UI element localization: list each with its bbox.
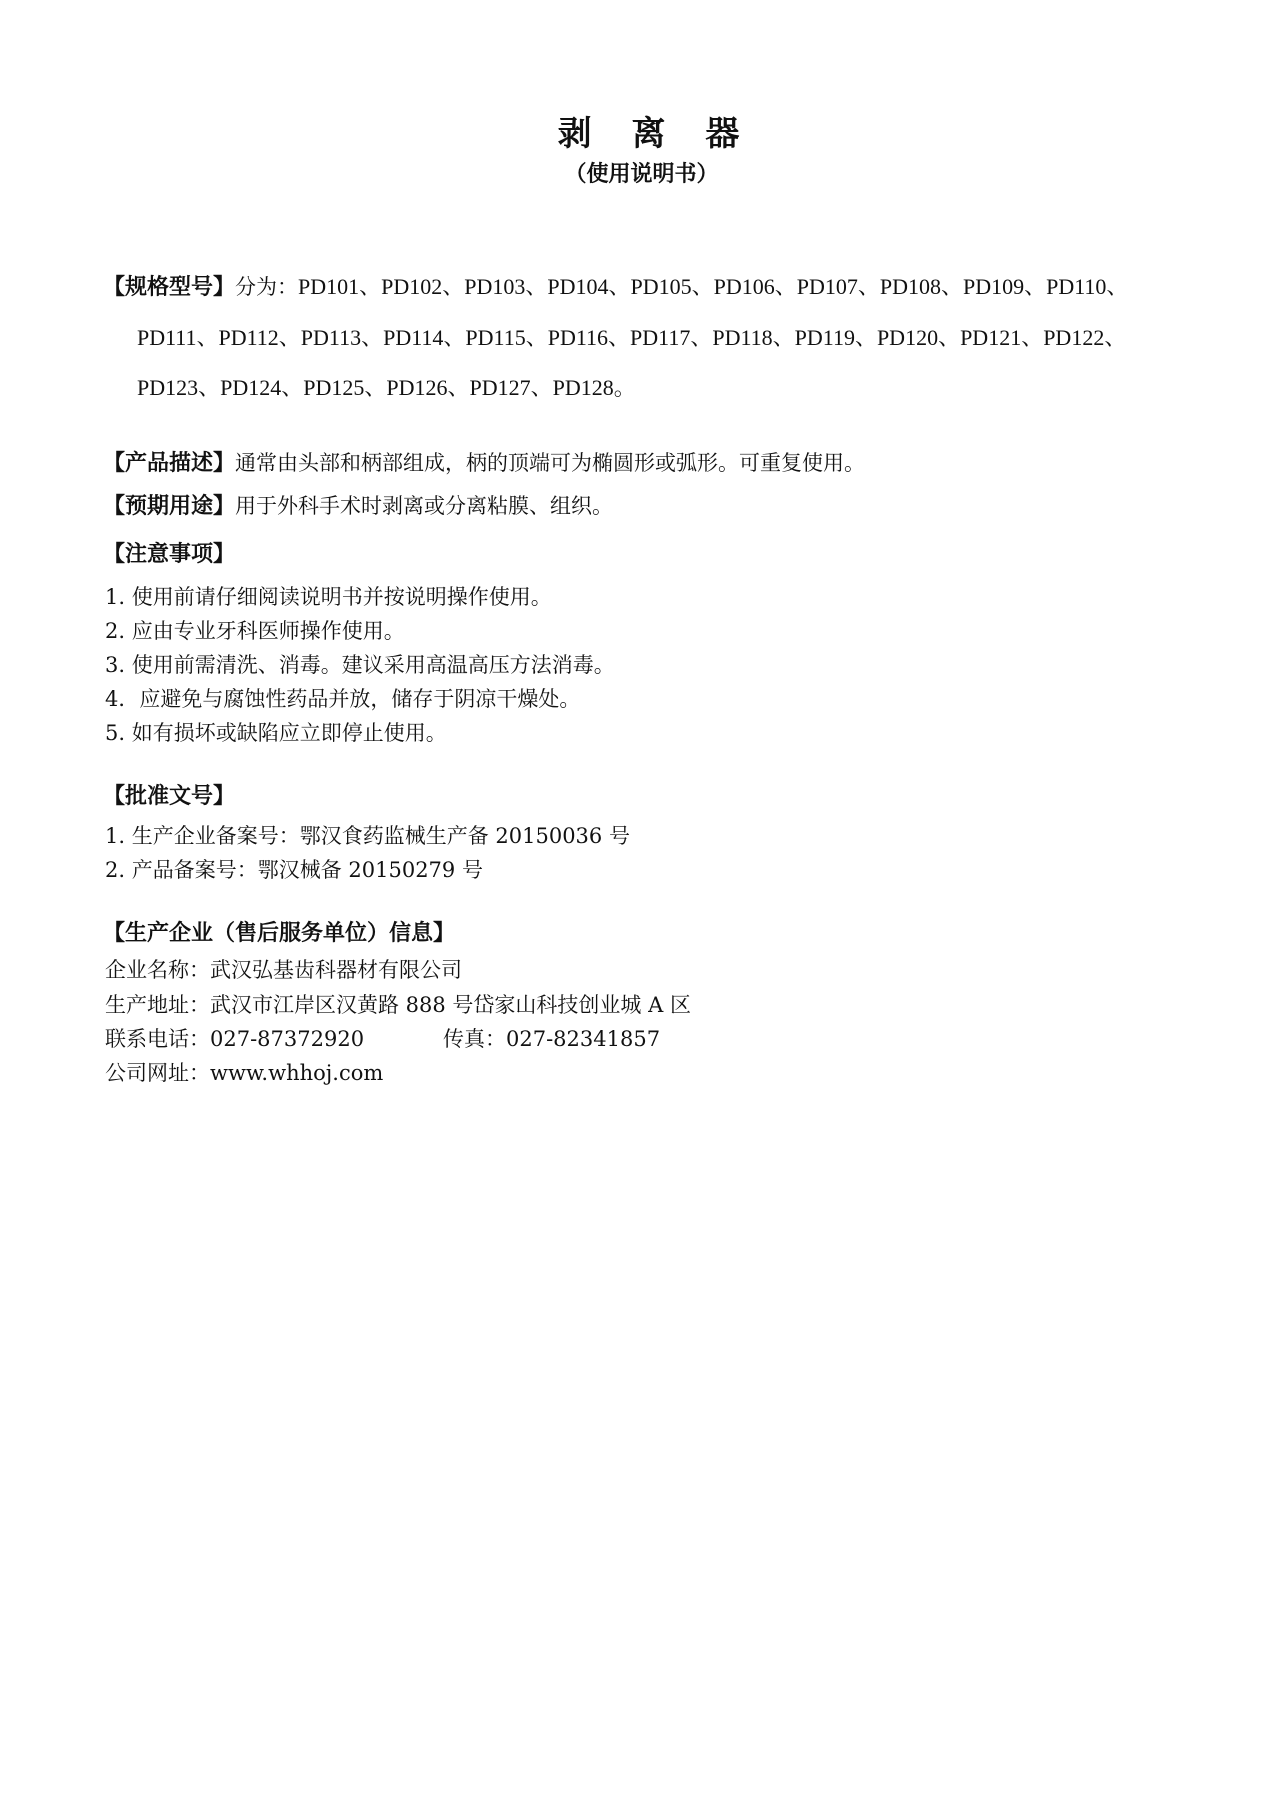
precaution-item: 4．应避免与腐蚀性药品并放，储存于阴凉干燥处。 bbox=[105, 684, 580, 714]
manufacturer-website: 公司网址：www.whhoj.com bbox=[105, 1058, 383, 1088]
manufacturer-address: 生产地址：武汉市江岸区汉黄路 888 号岱家山科技创业城 A 区 bbox=[105, 990, 691, 1020]
spec-intro: 分为： bbox=[235, 275, 298, 299]
spec-models-line-3: PD123、PD124、PD125、PD126、PD127、PD128。 bbox=[137, 373, 636, 403]
intended-use-text: 用于外科手术时剥离或分离粘膜、组织。 bbox=[235, 494, 613, 518]
approval-item: 2. 产品备案号：鄂汉械备 20150279 号 bbox=[105, 855, 483, 885]
intended-use-section: 【预期用途】用于外科手术时剥离或分离粘膜、组织。 bbox=[103, 491, 613, 522]
precaution-item: 3. 使用前需清洗、消毒。建议采用高温高压方法消毒。 bbox=[105, 650, 615, 680]
manufacturer-phone: 联系电话：027-87372920 bbox=[105, 1027, 364, 1051]
precautions-label: 【注意事项】 bbox=[103, 540, 235, 570]
approval-item: 1. 生产企业备案号：鄂汉食药监械生产备 20150036 号 bbox=[105, 821, 630, 851]
precaution-item: 2. 应由专业牙科医师操作使用。 bbox=[105, 616, 405, 646]
spec-label: 【规格型号】 bbox=[103, 275, 235, 300]
document-page: 剥 离 器 （使用说明书） 【规格型号】分为：PD101、PD102、PD103… bbox=[0, 0, 1283, 1815]
document-subtitle: （使用说明书） bbox=[0, 160, 1283, 190]
description-label: 【产品描述】 bbox=[103, 451, 235, 476]
intended-use-label: 【预期用途】 bbox=[103, 494, 235, 519]
document-title: 剥 离 器 bbox=[0, 114, 1283, 154]
spec-models-line-1: PD101、PD102、PD103、PD104、PD105、PD106、PD10… bbox=[298, 274, 1128, 299]
description-section: 【产品描述】通常由头部和柄部组成，柄的顶端可为椭圆形或弧形。可重复使用。 bbox=[103, 448, 865, 479]
description-text: 通常由头部和柄部组成，柄的顶端可为椭圆形或弧形。可重复使用。 bbox=[235, 451, 865, 475]
manufacturer-contact-row: 联系电话：027-87372920 传真：027-82341857 bbox=[105, 1024, 805, 1054]
precaution-item: 1. 使用前请仔细阅读说明书并按说明操作使用。 bbox=[105, 582, 552, 612]
spec-models-line-2: PD111、PD112、PD113、PD114、PD115、PD116、PD11… bbox=[137, 323, 1126, 353]
approval-label: 【批准文号】 bbox=[103, 782, 235, 812]
manufacturer-fax: 传真：027-82341857 bbox=[443, 1024, 660, 1054]
precaution-item: 5. 如有损坏或缺陷应立即停止使用。 bbox=[105, 718, 447, 748]
manufacturer-label: 【生产企业（售后服务单位）信息】 bbox=[103, 919, 455, 949]
manufacturer-name: 企业名称：武汉弘基齿科器材有限公司 bbox=[105, 955, 462, 985]
spec-line-1: 【规格型号】分为：PD101、PD102、PD103、PD104、PD105、P… bbox=[103, 272, 1128, 303]
